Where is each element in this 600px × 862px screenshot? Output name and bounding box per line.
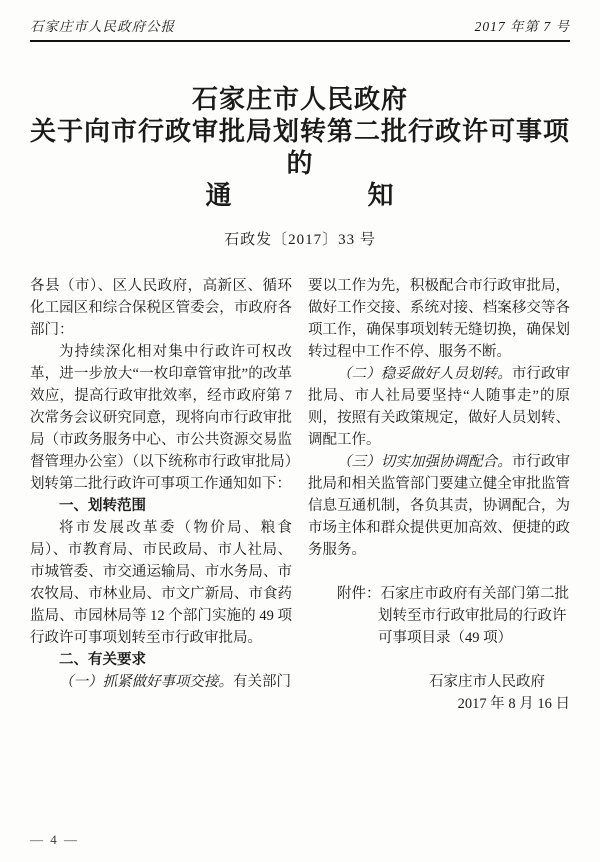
paragraph: （一）抓紧做好事项交接。有关部门 xyxy=(30,671,292,693)
paragraph: 为持续深化相对集中行政许可权改革，进一步放大“一枚印章管审批”的改革效应，提高行… xyxy=(30,341,292,495)
emphasized-lead-text: （三）切实加强协调配合。 xyxy=(337,454,512,470)
page-number: — 4 — xyxy=(30,832,79,848)
masthead-rule xyxy=(30,40,570,42)
section-heading: 二、有关要求 xyxy=(30,649,292,671)
emphasized-lead-text: （二）稳妥做好人员划转。 xyxy=(337,366,512,382)
paragraph: 将市发展改革委（物价局、粮食局）、市教育局、市民政局、市人社局、市城管委、市交通… xyxy=(30,517,292,649)
left-column: 各县（市）、区人民政府，高新区、循环化工园区和综合保税区管委会，市政府各部门：为… xyxy=(30,275,292,715)
attachment-note: 附件：石家庄市政府有关部门第二批划转至市行政审批局的行政许可事项目录（49 项） xyxy=(308,583,570,649)
body-columns: 各县（市）、区人民政府，高新区、循环化工园区和综合保税区管委会，市政府各部门：为… xyxy=(30,275,570,715)
text-segment: 2017 年 8 月 16 日 xyxy=(458,696,570,712)
text-segment: 附件：石家庄市政府有关部门第二批划转至市行政审批局的行政许可事项目录（49 项） xyxy=(337,586,569,646)
publication-name: 石家庄市人民政府公报 xyxy=(30,15,175,35)
text-segment: 各县（市）、区人民政府，高新区、循环化工园区和综合保税区管委会，市政府各部门： xyxy=(30,278,292,338)
paragraph: 各县（市）、区人民政府，高新区、循环化工园区和综合保税区管委会，市政府各部门： xyxy=(30,275,292,341)
section-heading: 一、划转范围 xyxy=(30,495,292,517)
title-line-3: 通 知 xyxy=(30,180,570,212)
text-segment: 有关部门 xyxy=(233,674,291,690)
text-segment: 要以工作为先，积极配合市行政审批局，做好工作交接、系统对接、档案移交等各项工作，… xyxy=(308,278,570,360)
title-line-2: 关于向市行政审批局划转第二批行政许可事项的 xyxy=(30,116,570,180)
emphasized-lead-text: （一）抓紧做好事项交接。 xyxy=(59,674,233,690)
signature: 石家庄市人民政府 xyxy=(308,671,570,693)
masthead: 石家庄市人民政府公报 2017 年第 7 号 xyxy=(30,0,570,35)
gazette-page: 石家庄市人民政府公报 2017 年第 7 号 石家庄市人民政府 关于向市行政审批… xyxy=(0,0,600,862)
title-line-1: 石家庄市人民政府 xyxy=(30,84,570,116)
text-segment: 为持续深化相对集中行政许可权改革，进一步放大“一枚印章管审批”的改革效应，提高行… xyxy=(30,344,292,492)
document-title: 石家庄市人民政府 关于向市行政审批局划转第二批行政许可事项的 通 知 xyxy=(30,84,570,212)
paragraph: （三）切实加强协调配合。市行政审批局和相关监管部门要建立健全审批监管信息互通机制… xyxy=(308,451,570,561)
text-segment: 石家庄市人民政府 xyxy=(429,674,545,690)
text-segment: 一、划转范围 xyxy=(59,498,146,514)
text-segment: 将市发展改革委（物价局、粮食局）、市教育局、市民政局、市人社局、市城管委、市交通… xyxy=(30,520,292,646)
issue-number: 2017 年第 7 号 xyxy=(475,15,570,35)
paragraph: 要以工作为先，积极配合市行政审批局，做好工作交接、系统对接、档案移交等各项工作，… xyxy=(308,275,570,363)
document-number: 石政发〔2017〕33 号 xyxy=(30,228,570,249)
text-segment: 二、有关要求 xyxy=(59,652,146,668)
date-line: 2017 年 8 月 16 日 xyxy=(308,693,570,715)
right-column: 要以工作为先，积极配合市行政审批局，做好工作交接、系统对接、档案移交等各项工作，… xyxy=(308,275,570,715)
paragraph: （二）稳妥做好人员划转。市行政审批局、市人社局要坚持“人随事走”的原则，按照有关… xyxy=(308,363,570,451)
